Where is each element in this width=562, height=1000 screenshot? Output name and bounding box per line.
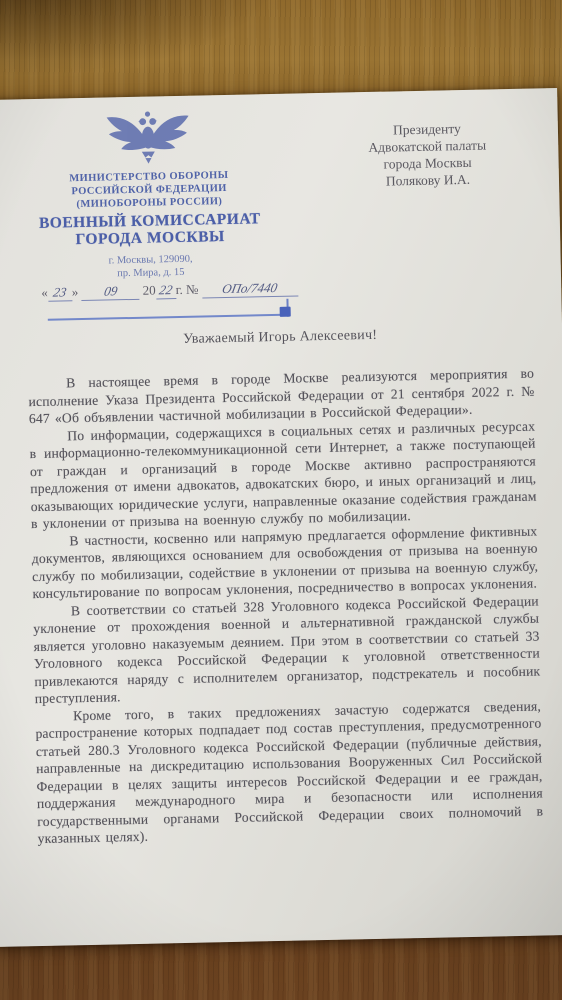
handwritten-month: 09	[102, 283, 118, 299]
photo-of-letter-on-wooden-desk: МИНИСТЕРСТВО ОБОРОНЫ РОССИЙСКОЙ ФЕДЕРАЦИ…	[0, 0, 562, 1000]
blue-pen-underline-stroke	[48, 314, 290, 321]
year-printed-prefix: 20	[143, 282, 156, 297]
letter-document: МИНИСТЕРСТВО ОБОРОНЫ РОССИЙСКОЙ ФЕДЕРАЦИ…	[0, 88, 562, 947]
date-quote-close: »	[72, 284, 79, 299]
addressee-line-4: Полякову И.А.	[357, 170, 499, 190]
paragraph-fake-documents: В частности, косвенно или напрямую предл…	[31, 522, 538, 603]
year-suffix: г.	[176, 282, 183, 297]
paragraph-article-328: В соответствии со статьей 328 Уголовного…	[33, 592, 541, 708]
date-and-number-line: «23» 09 2022г. № ОПо/7440	[41, 279, 298, 301]
paragraph-offers-information: По информации, содержащихся в социальных…	[29, 417, 537, 533]
handwritten-year: 22	[158, 282, 174, 298]
letterhead: МИНИСТЕРСТВО ОБОРОНЫ РОССИЙСКОЙ ФЕДЕРАЦИ…	[17, 106, 281, 282]
paragraph-article-280-3: Кроме того, в таких предложениях зачасту…	[35, 697, 544, 848]
addressee-line-2: Адвокатской палаты	[356, 136, 498, 156]
letter-body: В настоящее время в городе Москве реализ…	[28, 365, 544, 848]
addressee-block: Президенту Адвокатской палаты города Мос…	[356, 119, 499, 190]
handwritten-outgoing-number: ОПо/7440	[221, 280, 279, 297]
number-sign-label: №	[186, 282, 199, 297]
handwritten-day: 23	[52, 284, 68, 300]
double-headed-eagle-emblem-icon	[103, 108, 192, 168]
salutation: Уважаемый Игорь Алексеевич!	[27, 325, 533, 352]
blue-pen-ink-blot	[280, 307, 291, 317]
